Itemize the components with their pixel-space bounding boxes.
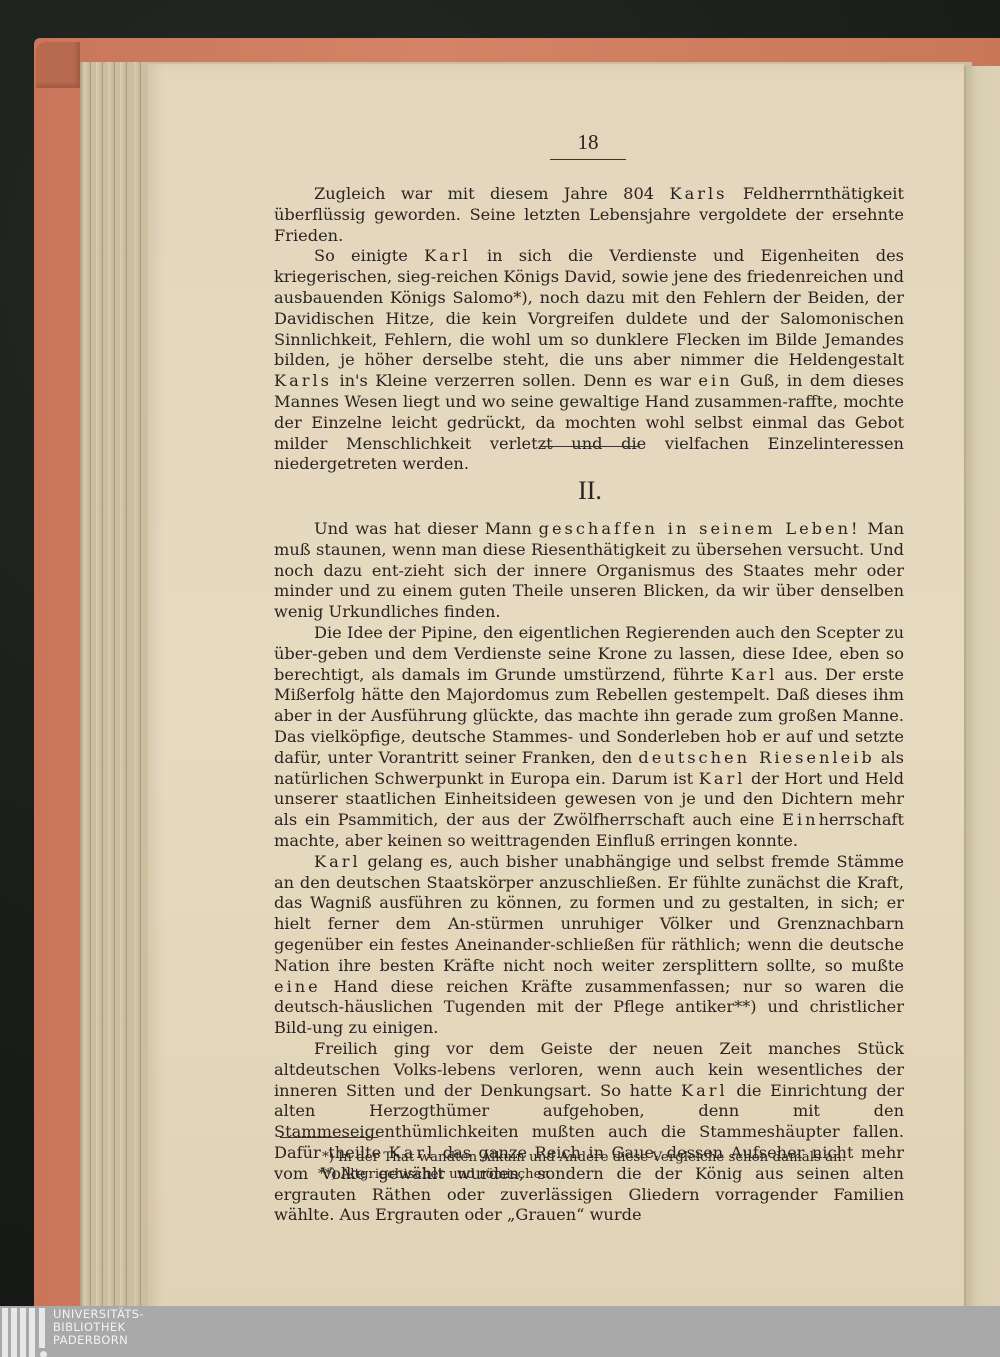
text-run: gelang es, auch bisher unabhängige und s… (274, 852, 904, 975)
emphasized-text: Karl (314, 852, 361, 871)
emphasized-text: deutschen Riesenleib (638, 748, 874, 767)
paragraph: Und was hat dieser Mann geschaffen in se… (274, 519, 904, 623)
paragraph: Die Idee der Pipine, den eigentlichen Re… (274, 623, 904, 852)
page-edge (96, 62, 103, 1352)
emphasized-text: Karl (424, 246, 471, 265)
paragraph: So einigte Karl in sich die Verdienste u… (274, 246, 904, 475)
text-run: in's Kleine verzerren sollen. Denn es wa… (332, 371, 698, 390)
library-name-line: PADERBORN (53, 1334, 144, 1347)
footnote-mark: **) (318, 1166, 337, 1183)
footnote-divider (280, 1137, 378, 1138)
section-divider (540, 446, 640, 447)
facing-page-gutter (964, 66, 1000, 1346)
page-edge (134, 62, 141, 1352)
paragraph: Freilich ging vor dem Geiste der neuen Z… (274, 1039, 904, 1226)
text-run: Hand diese reichen Kräfte zusammenfassen… (274, 977, 904, 1038)
text-run: Und was hat dieser Mann (314, 519, 539, 538)
paragraph: Karl gelang es, auch bisher unabhängige … (274, 852, 904, 1039)
emphasized-text: ein (698, 371, 732, 390)
emphasized-text: Karls (274, 371, 332, 390)
page-edge (108, 62, 115, 1352)
footnote-mark: *) (318, 1149, 334, 1166)
footnotes: *)In der That wandten Alkuin und Andere … (318, 1149, 908, 1183)
emphasized-text: Karls (670, 184, 728, 203)
page-edge (120, 62, 127, 1352)
text-run: Zugleich war mit diesem Jahre 804 (314, 184, 670, 203)
emphasized-text: eine (274, 977, 321, 996)
emphasized-text: geschaffen in seinem Leben! (539, 519, 861, 538)
section-two-text: Und was hat dieser Mann geschaffen in se… (274, 519, 904, 1226)
emphasized-text: Karl (699, 769, 746, 788)
emphasized-text: Karl (681, 1081, 728, 1100)
page-number: 18 (550, 130, 626, 160)
text-run: So einigte (314, 246, 424, 265)
footnote: *)In der That wandten Alkuin und Andere … (318, 1149, 908, 1166)
paragraph: Zugleich war mit diesem Jahre 804 Karls … (274, 184, 904, 246)
emphasized-text: Karl (731, 665, 778, 684)
footnote-text: In der That wandten Alkuin und Andere di… (338, 1150, 846, 1165)
section-one-end-text: Zugleich war mit diesem Jahre 804 Karls … (274, 184, 904, 475)
footnote-text: Altgriechischer und römischer. (341, 1167, 551, 1182)
library-watermark: UNIVERSITÄTS- BIBLIOTHEK PADERBORN (0, 1306, 1000, 1357)
emphasized-text: Ein (782, 810, 818, 829)
section-heading: II. (540, 476, 640, 506)
footnote: **)Altgriechischer und römischer. (318, 1166, 908, 1183)
library-name: UNIVERSITÄTS- BIBLIOTHEK PADERBORN (53, 1308, 144, 1347)
cover-corner-fold (36, 42, 80, 88)
page-edge (84, 62, 91, 1352)
